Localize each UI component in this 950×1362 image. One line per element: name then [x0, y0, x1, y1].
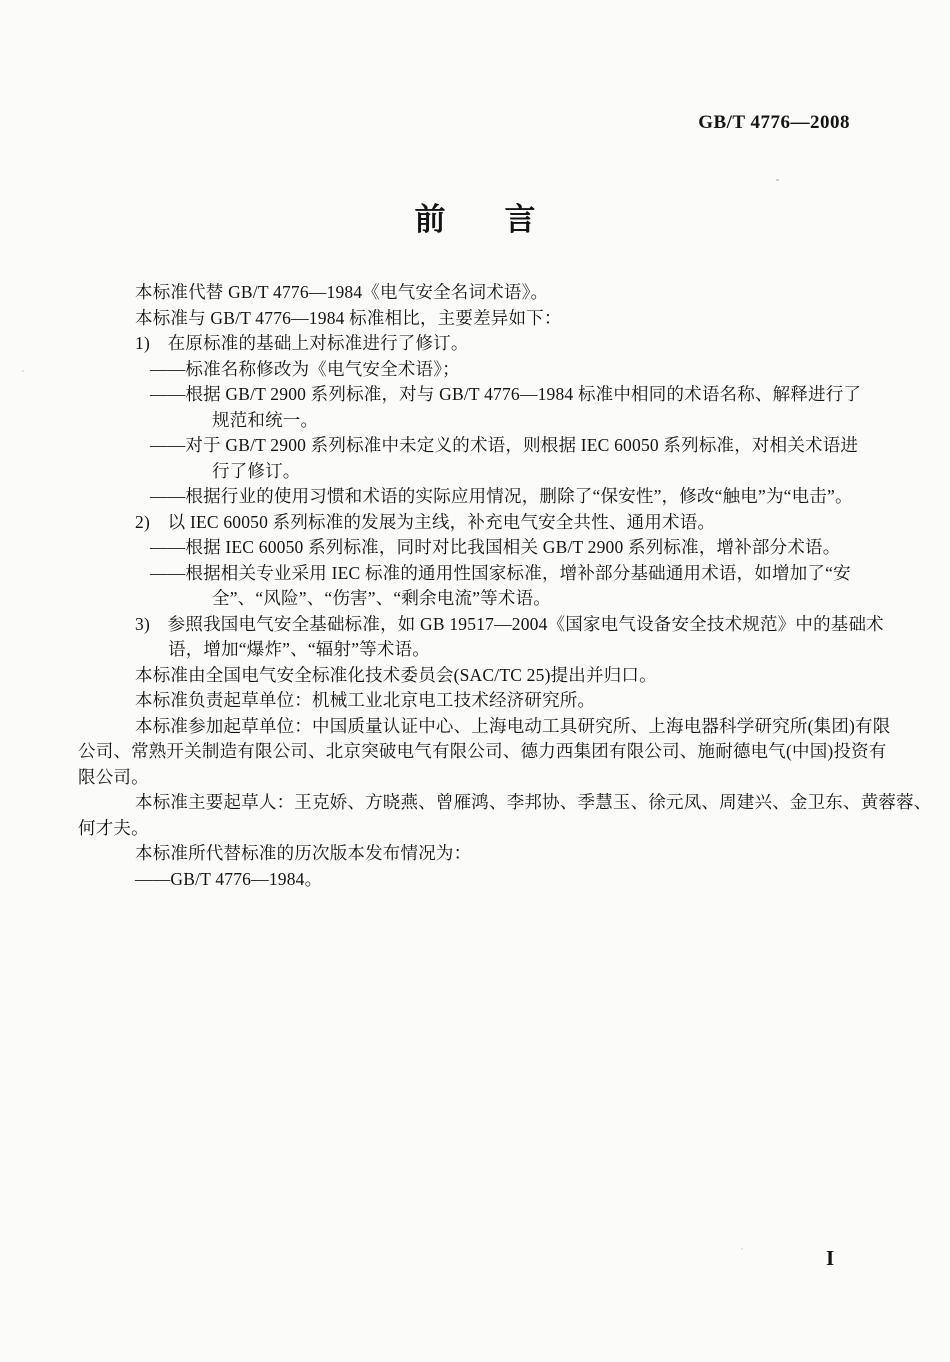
text-line: ——对于 GB/T 2900 系列标准中未定义的术语，则根据 IEC 60050…	[78, 433, 864, 459]
scan-speck	[540, 441, 542, 443]
text-line: 2) 以 IEC 60050 系列标准的发展为主线，补充电气安全共性、通用术语。	[78, 510, 864, 536]
page-number: I	[826, 1246, 834, 1271]
text-line: 1) 在原标准的基础上对标准进行了修订。	[78, 331, 864, 357]
scan-speck	[776, 179, 779, 181]
text-line: 全”、“风险”、“伤害”、“剩余电流”等术语。	[78, 586, 864, 612]
text-line: ——根据 GB/T 2900 系列标准，对与 GB/T 4776—1984 标准…	[78, 382, 864, 408]
text-line: 3) 参照我国电气安全基础标准，如 GB 19517—2004《国家电气设备安全…	[78, 612, 864, 638]
document-page: GB/T 4776—2008 前 言 本标准代替 GB/T 4776—1984《…	[0, 0, 950, 1362]
text-line: 本标准主要起草人：王克娇、方晓燕、曾雁鸿、李邦协、季慧玉、徐元凤、周建兴、金卫东…	[78, 790, 864, 816]
page-title: 前 言	[0, 194, 950, 239]
text-line: 语，增加“爆炸”、“辐射”等术语。	[78, 637, 864, 663]
scan-speck	[741, 1248, 743, 1250]
text-line: 何才夫。	[78, 816, 864, 842]
text-line: 限公司。	[78, 765, 864, 791]
text-line: ——根据相关专业采用 IEC 标准的通用性国家标准，增补部分基础通用术语，如增加…	[78, 561, 864, 587]
text-line: ——根据 IEC 60050 系列标准，同时对比我国相关 GB/T 2900 系…	[78, 535, 864, 561]
text-line: 本标准参加起草单位：中国质量认证中心、上海电动工具研究所、上海电器科学研究所(集…	[78, 714, 864, 740]
text-line: 本标准所代替标准的历次版本发布情况为：	[78, 841, 864, 867]
text-line: 本标准与 GB/T 4776—1984 标准相比，主要差异如下：	[78, 306, 864, 332]
text-line: 本标准由全国电气安全标准化技术委员会(SAC/TC 25)提出并归口。	[78, 663, 864, 689]
text-line: ——标准名称修改为《电气安全术语》；	[78, 357, 864, 383]
standard-number: GB/T 4776—2008	[698, 112, 850, 134]
text-line: 规范和统一。	[78, 408, 864, 434]
scan-speck	[22, 370, 24, 372]
text-line: 行了修订。	[78, 459, 864, 485]
text-line: ——GB/T 4776—1984。	[78, 867, 864, 893]
text-line: 本标准负责起草单位：机械工业北京电工技术经济研究所。	[78, 688, 864, 714]
text-line: 本标准代替 GB/T 4776—1984《电气安全名词术语》。	[78, 280, 864, 306]
body-text: 本标准代替 GB/T 4776—1984《电气安全名词术语》。本标准与 GB/T…	[78, 280, 864, 892]
text-line: ——根据行业的使用习惯和术语的实际应用情况，删除了“保安性”，修改“触电”为“电…	[78, 484, 864, 510]
text-line: 公司、常熟开关制造有限公司、北京突破电气有限公司、德力西集团有限公司、施耐德电气…	[78, 739, 864, 765]
